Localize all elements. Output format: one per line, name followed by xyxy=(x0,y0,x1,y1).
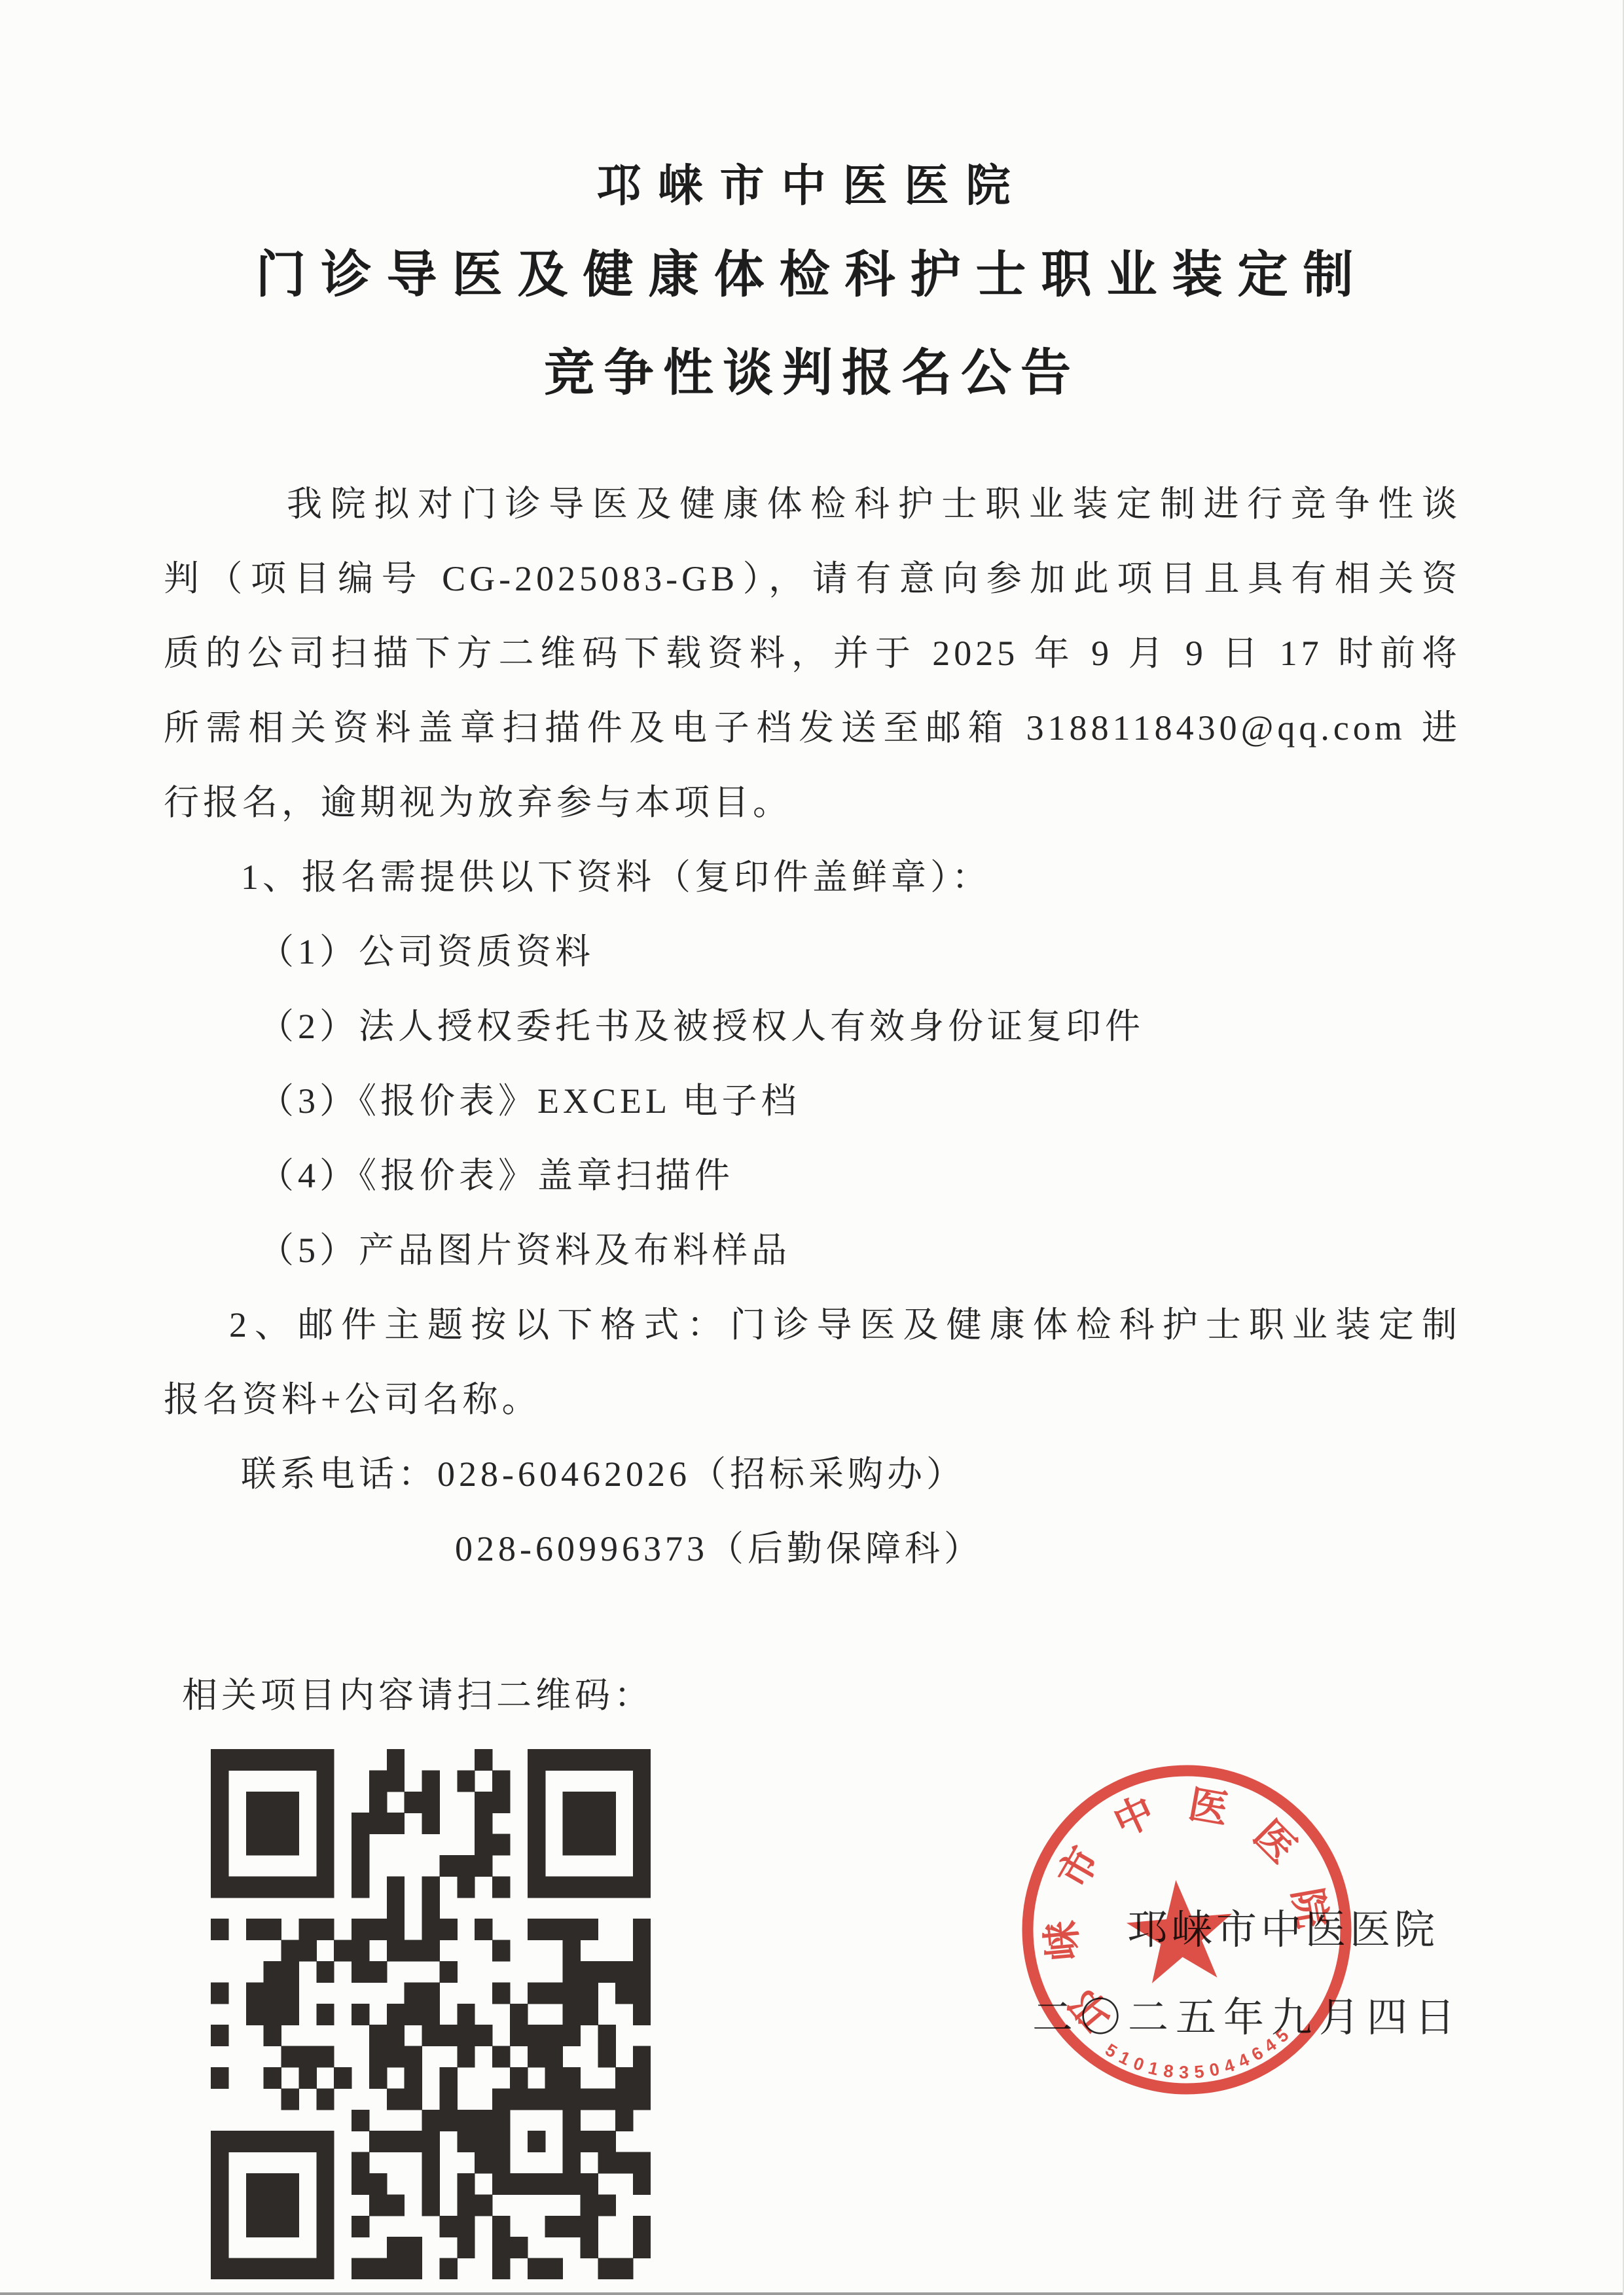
doc-title-hospital: 邛崃市中医医院 xyxy=(0,154,1624,217)
doc-title-announcement: 竞争性谈判报名公告 xyxy=(0,342,1624,405)
svg-text:5: 5 xyxy=(1102,2040,1121,2061)
svg-text:4: 4 xyxy=(1235,2050,1252,2072)
svg-text:5: 5 xyxy=(1193,2062,1205,2082)
star-icon xyxy=(1123,1875,1237,1985)
contact-phone-line1: 联系电话：028-60462026（招标采购办） xyxy=(164,1437,1461,1511)
qr-note-text: 相关项目内容请扫二维码： xyxy=(182,1658,653,1733)
svg-text:1: 1 xyxy=(1116,2047,1134,2069)
svg-text:中: 中 xyxy=(1108,1789,1161,1845)
paragraph1-line2: 判（项目编号 CG-2025083-GB），请有意向参加此项目且具有相关资 xyxy=(164,541,1461,616)
requirements-heading: 1、报名需提供以下资料（复印件盖鲜章）： xyxy=(164,840,1461,914)
paragraph2-line2: 报名资料+公司名称。 xyxy=(164,1362,1461,1437)
svg-text:3: 3 xyxy=(1179,2063,1189,2082)
svg-text:医: 医 xyxy=(1246,1813,1304,1871)
paragraph1-line5: 行报名，逾期视为放弃参与本项目。 xyxy=(164,765,1461,840)
svg-text:4: 4 xyxy=(1221,2055,1236,2077)
doc-title-project: 门诊导医及健康体检科护士职业装定制 xyxy=(0,244,1624,306)
svg-text:邛: 邛 xyxy=(1062,1981,1121,2038)
svg-text:0: 0 xyxy=(1208,2059,1221,2080)
svg-text:1: 1 xyxy=(1146,2058,1161,2080)
paragraph1-line4: 所需相关资料盖章扫描件及电子档发送至邮箱 3188118430@qq.com 进 xyxy=(164,691,1461,765)
requirement-item-1: （1）公司资质资料 xyxy=(164,914,1461,989)
svg-text:5: 5 xyxy=(1272,2025,1292,2046)
svg-text:市: 市 xyxy=(1051,1840,1108,1896)
svg-text:6: 6 xyxy=(1248,2043,1267,2065)
requirement-item-3: （3）《报价表》EXCEL 电子档 xyxy=(164,1064,1461,1138)
svg-text:崃: 崃 xyxy=(1039,1919,1086,1962)
official-seal-stamp: 邛崃市中医医院 5101835044645 xyxy=(1002,1745,1371,2114)
requirement-item-4: （4）《报价表》盖章扫描件 xyxy=(164,1138,1461,1213)
paragraph2-line1: 2、邮件主题按以下格式：门诊导医及健康体检科护士职业装定制 xyxy=(164,1288,1461,1362)
requirement-item-5: （5）产品图片资料及布料样品 xyxy=(164,1213,1461,1288)
svg-text:医: 医 xyxy=(1185,1782,1232,1832)
contact-phone-line2: 028-60996373（后勤保障科） xyxy=(164,1511,1461,1586)
qr-code-icon xyxy=(211,1749,651,2279)
paragraph1-line3: 质的公司扫描下方二维码下载资料，并于 2025 年 9 月 9 日 17 时前将 xyxy=(164,616,1461,691)
svg-text:院: 院 xyxy=(1284,1885,1333,1932)
requirement-item-2: （2）法人授权委托书及被授权人有效身份证复印件 xyxy=(164,989,1461,1064)
scan-edge-artifact-bottom xyxy=(0,2292,1624,2295)
svg-text:8: 8 xyxy=(1163,2061,1175,2082)
paragraph1-line1: 我院拟对门诊导医及健康体检科护士职业装定制进行竞争性谈 xyxy=(164,467,1461,541)
announcement-document-page: 邛崃市中医医院 门诊导医及健康体检科护士职业装定制 竞争性谈判报名公告 我院拟对… xyxy=(0,0,1624,2295)
document-body: 我院拟对门诊导医及健康体检科护士职业装定制进行竞争性谈 判（项目编号 CG-20… xyxy=(164,467,1461,1586)
svg-text:0: 0 xyxy=(1131,2053,1147,2075)
